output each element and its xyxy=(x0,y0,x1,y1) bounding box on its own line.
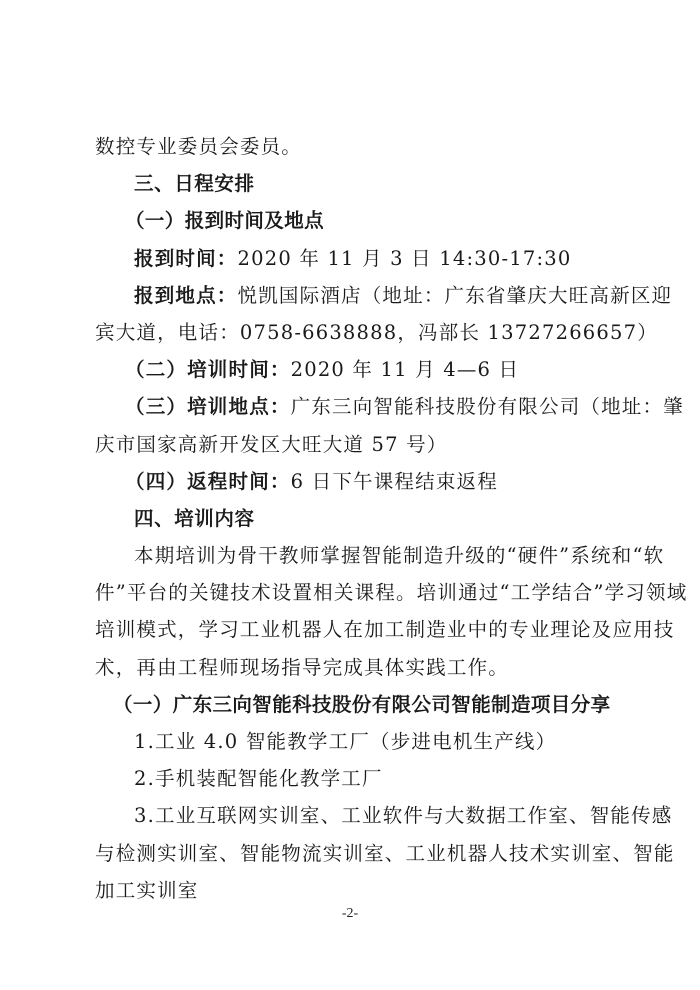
training-time-row: （二）培训时间：2020 年 11 月 4—6 日 xyxy=(95,351,615,388)
report-place-row: 报到地点：悦凯国际酒店（地址：广东省肇庆大旺高新区迎 xyxy=(95,277,615,314)
training-place-label: （三）培训地点： xyxy=(125,395,291,418)
list-item-2: 2.手机装配智能化教学工厂 xyxy=(95,760,615,797)
subheading-report-time-place: （一）报到时间及地点 xyxy=(95,202,615,239)
training-place-value-line1: 广东三向智能科技股份有限公司（地址：肇 xyxy=(291,395,684,418)
training-place-row: （三）培训地点：广东三向智能科技股份有限公司（地址：肇 xyxy=(95,388,615,425)
report-place-label: 报到地点： xyxy=(134,284,238,307)
subheading-project-sharing: （一）广东三向智能科技股份有限公司智能制造项目分享 xyxy=(95,686,615,723)
return-time-row: （四）返程时间：6 日下午课程结束返程 xyxy=(95,463,615,500)
continuation-text: 数控专业委员会委员。 xyxy=(95,128,615,165)
section-heading-training-content: 四、培训内容 xyxy=(95,500,615,537)
intro-line-3: 培训模式，学习工业机器人在加工制造业中的专业理论及应用技 xyxy=(95,611,615,648)
return-time-label: （四）返程时间： xyxy=(125,470,291,493)
list-item-3-line-3: 加工实训室 xyxy=(95,872,615,909)
page-number: -2- xyxy=(0,906,700,922)
report-place-value-line1: 悦凯国际酒店（地址：广东省肇庆大旺高新区迎 xyxy=(238,284,673,307)
report-time-row: 报到时间：2020 年 11 月 3 日 14:30-17:30 xyxy=(95,240,615,277)
intro-line-4: 术，再由工程师现场指导完成具体实践工作。 xyxy=(95,649,615,686)
training-time-label: （二）培训时间： xyxy=(125,358,291,381)
training-place-continuation: 庆市国家高新开发区大旺大道 57 号） xyxy=(95,426,615,463)
return-time-value: 6 日下午课程结束返程 xyxy=(291,470,498,493)
section-heading-schedule: 三、日程安排 xyxy=(95,165,615,202)
report-place-continuation: 宾大道，电话：0758-6638888，冯部长 13727266657） xyxy=(95,314,615,351)
report-time-value: 2020 年 11 月 3 日 14:30-17:30 xyxy=(238,247,572,270)
report-time-label: 报到时间： xyxy=(134,247,238,270)
list-item-1: 1.工业 4.0 智能教学工厂（步进电机生产线） xyxy=(95,723,615,760)
list-item-3-line-1: 3.工业互联网实训室、工业软件与大数据工作室、智能传感 xyxy=(95,797,615,834)
document-page: 数控专业委员会委员。 三、日程安排 （一）报到时间及地点 报到时间：2020 年… xyxy=(95,128,615,909)
list-item-3-line-2: 与检测实训室、智能物流实训室、工业机器人技术实训室、智能 xyxy=(95,835,615,872)
intro-line-1: 本期培训为骨干教师掌握智能制造升级的“硬件”系统和“软 xyxy=(95,537,615,574)
training-time-value: 2020 年 11 月 4—6 日 xyxy=(291,358,520,381)
intro-line-2: 件”平台的关键技术设置相关课程。培训通过“工学结合”学习领域 xyxy=(95,574,615,611)
